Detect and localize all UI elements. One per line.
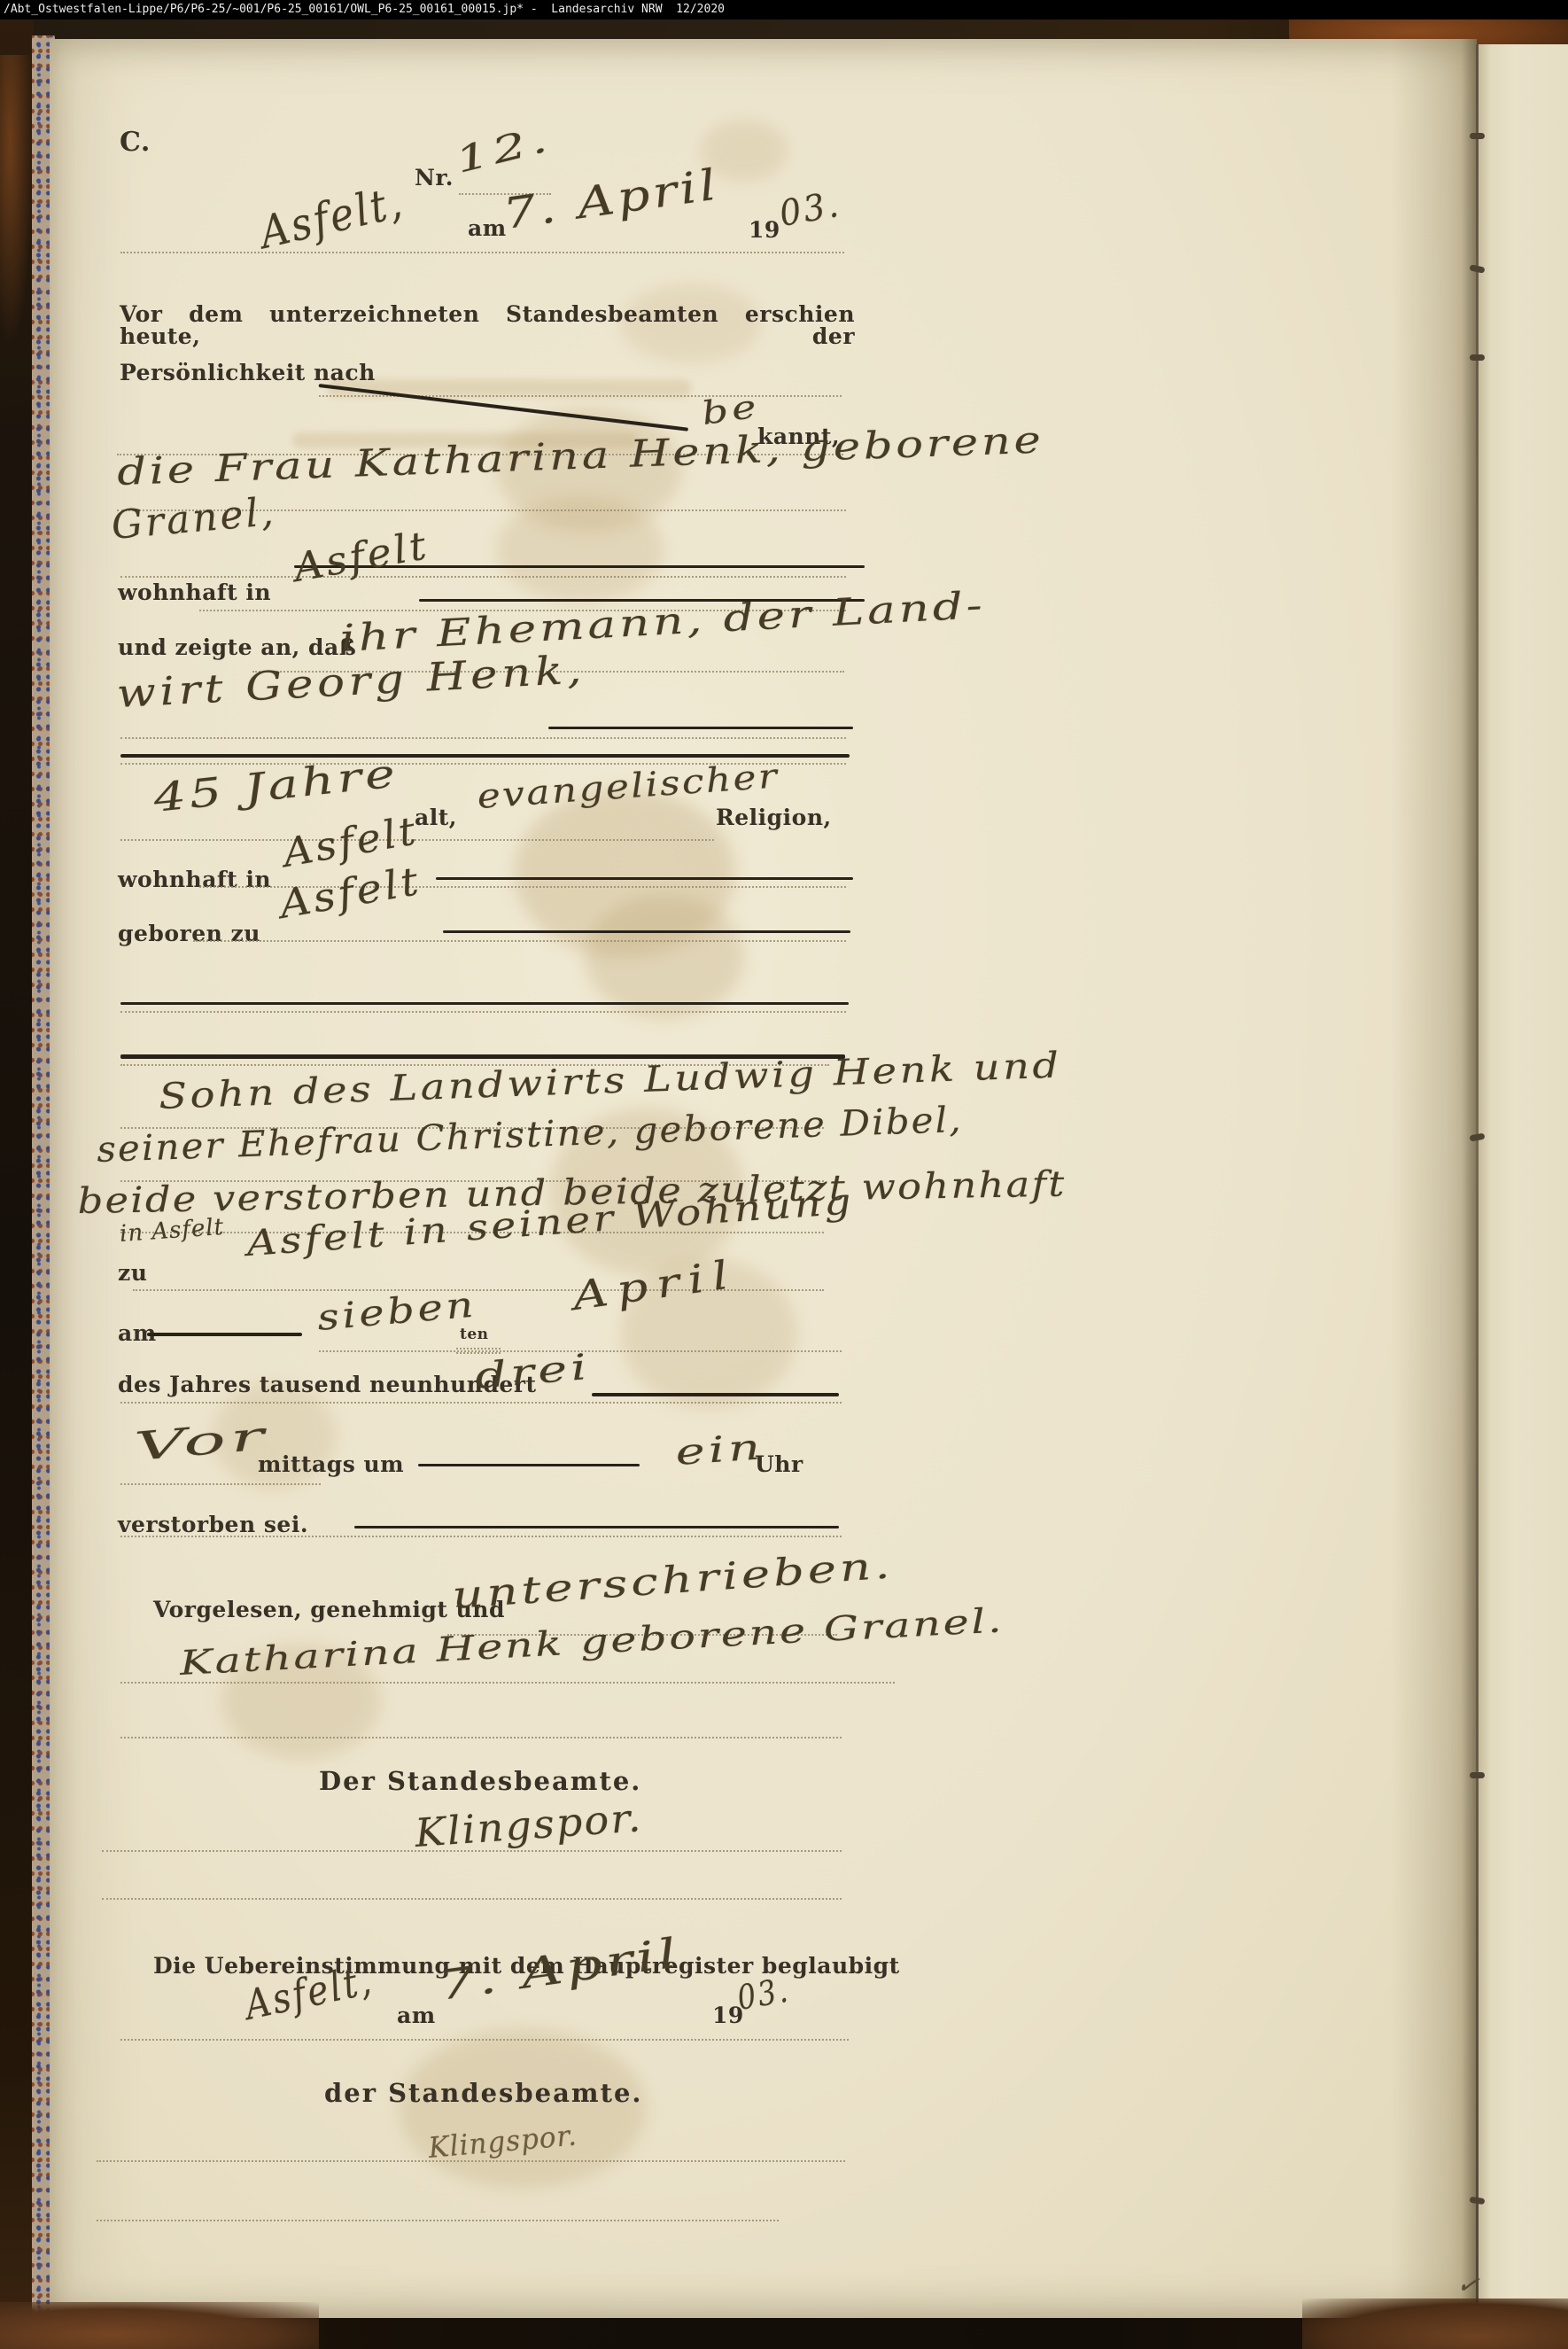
wohnhaft-label-1: wohnhaft in — [118, 581, 271, 603]
corner-letter: C. — [120, 129, 151, 156]
filename-bar: /Abt_Ostwestfalen-Lippe/P6/P6-25/~001/P6… — [0, 0, 1568, 19]
vor-handwriting: Vor — [133, 1417, 270, 1467]
year-suffix-bottom-handwriting: 03. — [734, 1972, 792, 2015]
ruled-line-dotted — [102, 1898, 842, 1900]
ruled-line-dotted — [97, 2160, 845, 2162]
religion-label: Religion, — [716, 806, 832, 828]
ruled-line-dotted — [120, 1011, 846, 1013]
standesbeamte-label-2: der Standesbeamte. — [324, 2081, 643, 2106]
standesbeamte-label-1: Der Standesbeamte. — [319, 1769, 641, 1794]
intro-line: Vor dem unterzeichneten Standesbeamten e… — [120, 303, 855, 347]
alt-label: alt, — [415, 806, 457, 828]
pen-line — [418, 1464, 640, 1466]
ruled-line-dotted — [120, 1536, 842, 1537]
book-cover-left-edge — [0, 19, 34, 2349]
leather-corner-bottom-left — [0, 2302, 319, 2349]
ruled-line-dotted — [120, 2039, 849, 2041]
ruled-line-dotted — [120, 1402, 842, 1404]
ink-bleed-stain — [496, 496, 664, 603]
pen-line — [120, 1002, 849, 1005]
ruled-line-dotted — [456, 1352, 501, 1354]
nr-label: Nr. — [415, 167, 454, 189]
year-suffix-top-handwriting: 03. — [777, 187, 843, 232]
binding-thread — [1476, 44, 1479, 2318]
ruled-line-dotted — [120, 252, 844, 253]
ruled-line-dotted — [120, 1682, 895, 1684]
leather-corner-bottom-right — [1302, 2298, 1568, 2349]
hour-handwriting: ein — [674, 1429, 765, 1471]
uhr-label: Uhr — [755, 1453, 803, 1475]
ink-bleed-stain — [585, 895, 744, 1019]
pen-line — [592, 1393, 839, 1396]
persoenlichkeit-label: Persönlichkeit nach — [120, 362, 376, 384]
gutter-shadow — [1391, 39, 1477, 2320]
ruled-line-dotted — [120, 737, 846, 739]
ruled-line-dotted — [120, 1737, 842, 1738]
pen-line — [443, 930, 850, 933]
ten-label: ten — [460, 1327, 489, 1342]
ruled-line-dotted — [456, 1348, 501, 1350]
ruled-line-dotted — [120, 576, 846, 578]
mittags-label: mittags um — [258, 1453, 404, 1475]
filename-text: /Abt_Ostwestfalen-Lippe/P6/P6-25/~001/P6… — [4, 0, 725, 19]
year-handwriting: drei — [474, 1350, 592, 1395]
pen-line — [548, 727, 853, 729]
pen-line — [354, 1526, 839, 1528]
jahr-label: des Jahres tausend neunhundert — [118, 1373, 537, 1396]
pen-line — [147, 1333, 302, 1336]
stitch-knot — [1470, 354, 1485, 361]
stitch-knot — [1470, 1772, 1485, 1778]
scan-viewer: /Abt_Ostwestfalen-Lippe/P6/P6-25/~001/P6… — [0, 0, 1568, 2349]
pen-line — [436, 877, 853, 880]
insert-note-handwriting: in Asfelt — [119, 1216, 225, 1246]
anzeige-label: und zeigte an, daß — [118, 636, 356, 658]
pen-line — [120, 754, 850, 758]
be-handwriting: be — [700, 391, 762, 431]
zu-label: zu — [118, 1262, 147, 1284]
ruled-line-dotted — [97, 2220, 779, 2221]
ruled-line-dotted — [193, 940, 846, 942]
pen-check-mark: ✓ — [1455, 2270, 1484, 2300]
am-label-top: am — [468, 217, 507, 239]
year-prefix-top: 19 — [749, 219, 780, 241]
am-label-3: am — [397, 2004, 436, 2026]
facing-page-strip — [1479, 44, 1568, 2318]
verstorben-label: verstorben sei. — [118, 1513, 308, 1536]
ruled-line-dotted — [120, 1483, 321, 1485]
ink-bleed-stain — [399, 2029, 647, 2189]
ruled-line-dotted — [102, 1850, 842, 1852]
stitch-knot — [1470, 133, 1485, 139]
